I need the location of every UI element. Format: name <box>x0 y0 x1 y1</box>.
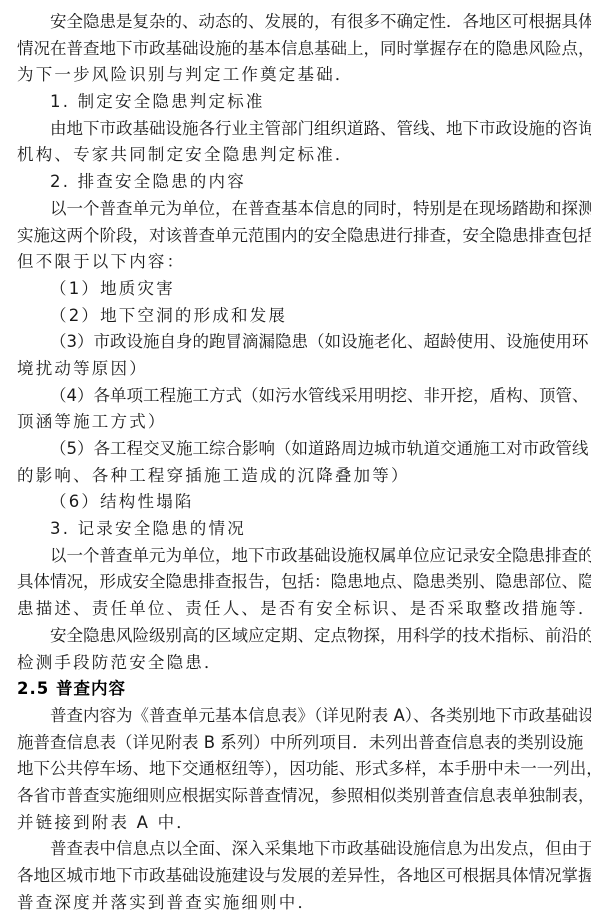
paragraph-line: 各地区城市地下市政基础设施建设与发展的差异性，各地区可根据具体情况掌握 <box>0 863 572 890</box>
paragraph-line: 检测手段防范安全隐患． <box>0 650 591 677</box>
paragraph-line: 普查内容为《普查单元基本信息表》（详见附表 A）、各类别地下市政基础设 <box>0 703 570 730</box>
subheading: 2. 排查安全隐患的内容 <box>0 169 591 196</box>
list-item: （4）各单项工程施工方式（如污水管线采用明挖、非开挖，盾构、顶管、 <box>0 383 570 410</box>
paragraph-line: 实施这两个阶段，对该普查单元范围内的安全隐患进行排查，安全隐患排查包括 <box>0 223 572 250</box>
list-item-continuation: 的影响、各种工程穿插施工造成的沉降叠加等） <box>0 463 591 490</box>
paragraph-line: 普查表中信息点以全面、深入采集地下市政基础设施信息为出发点，但由于 <box>0 836 570 863</box>
section-heading: 2.5 普查内容 <box>0 676 591 703</box>
list-item: （3）市政设施自身的跑冒滴漏隐患（如设施老化、超龄使用、设施使用环 <box>0 329 570 356</box>
paragraph-line: 普查深度并落实到普查实施细则中． <box>0 890 591 917</box>
list-item: （1）地质灾害 <box>0 276 591 303</box>
paragraph-line: 以一个普查单元为单位，地下市政基础设施权属单位应记录安全隐患排查的 <box>0 543 570 570</box>
paragraph-line: 但不限于以下内容： <box>0 249 591 276</box>
paragraph-line: 为下一步风险识别与判定工作奠定基础． <box>0 62 591 89</box>
list-item-continuation: 顶涵等施工方式） <box>0 409 591 436</box>
subheading: 3. 记录安全隐患的情况 <box>0 516 591 543</box>
paragraph-line: 以一个普查单元为单位，在普查基本信息的同时，特别是在现场踏勘和探测 <box>0 196 570 223</box>
paragraph-line: 安全隐患风险级别高的区域应定期、定点物探，用科学的技术指标、前沿的 <box>0 623 570 650</box>
paragraph-line: 患描述、责任单位、责任人、是否有安全标识、是否采取整改措施等． <box>0 596 591 623</box>
paragraph-line: 情况在普查地下市政基础设施的基本信息基础上，同时掌握存在的隐患风险点， <box>0 36 572 63</box>
paragraph-line: 地下公共停车场、地下交通枢纽等），因功能、形式多样，本手册中未一一列出， <box>0 756 572 783</box>
subheading: 1. 制定安全隐患判定标准 <box>0 89 591 116</box>
list-item: （6）结构性塌陷 <box>0 489 591 516</box>
paragraph-line: 具体情况，形成安全隐患排查报告，包括：隐患地点、隐患类别、隐患部位、隐 <box>0 569 572 596</box>
list-item: （5）各工程交叉施工综合影响（如道路周边城市轨道交通施工对市政管线 <box>0 436 570 463</box>
paragraph-line: 施普查信息表（详见附表 B 系列）中所列项目．未列出普查信息表的类别设施（如 <box>0 730 572 757</box>
paragraph-line: 由地下市政基础设施各行业主管部门组织道路、管线、地下市政设施的咨询 <box>0 116 570 143</box>
list-item-continuation: 境扰动等原因） <box>0 356 591 383</box>
paragraph-line: 各省市普查实施细则应根据实际普查情况，参照相似类别普查信息表单独制表， <box>0 783 572 810</box>
paragraph-line: 安全隐患是复杂的、动态的、发展的，有很多不确定性．各地区可根据具体 <box>0 9 570 36</box>
paragraph-line: 并链接到附表 A 中． <box>0 810 591 837</box>
paragraph-line: 机构、专家共同制定安全隐患判定标准． <box>0 142 591 169</box>
list-item: （2）地下空洞的形成和发展 <box>0 303 591 330</box>
document-page: 安全隐患是复杂的、动态的、发展的，有很多不确定性．各地区可根据具体 情况在普查地… <box>0 9 591 916</box>
